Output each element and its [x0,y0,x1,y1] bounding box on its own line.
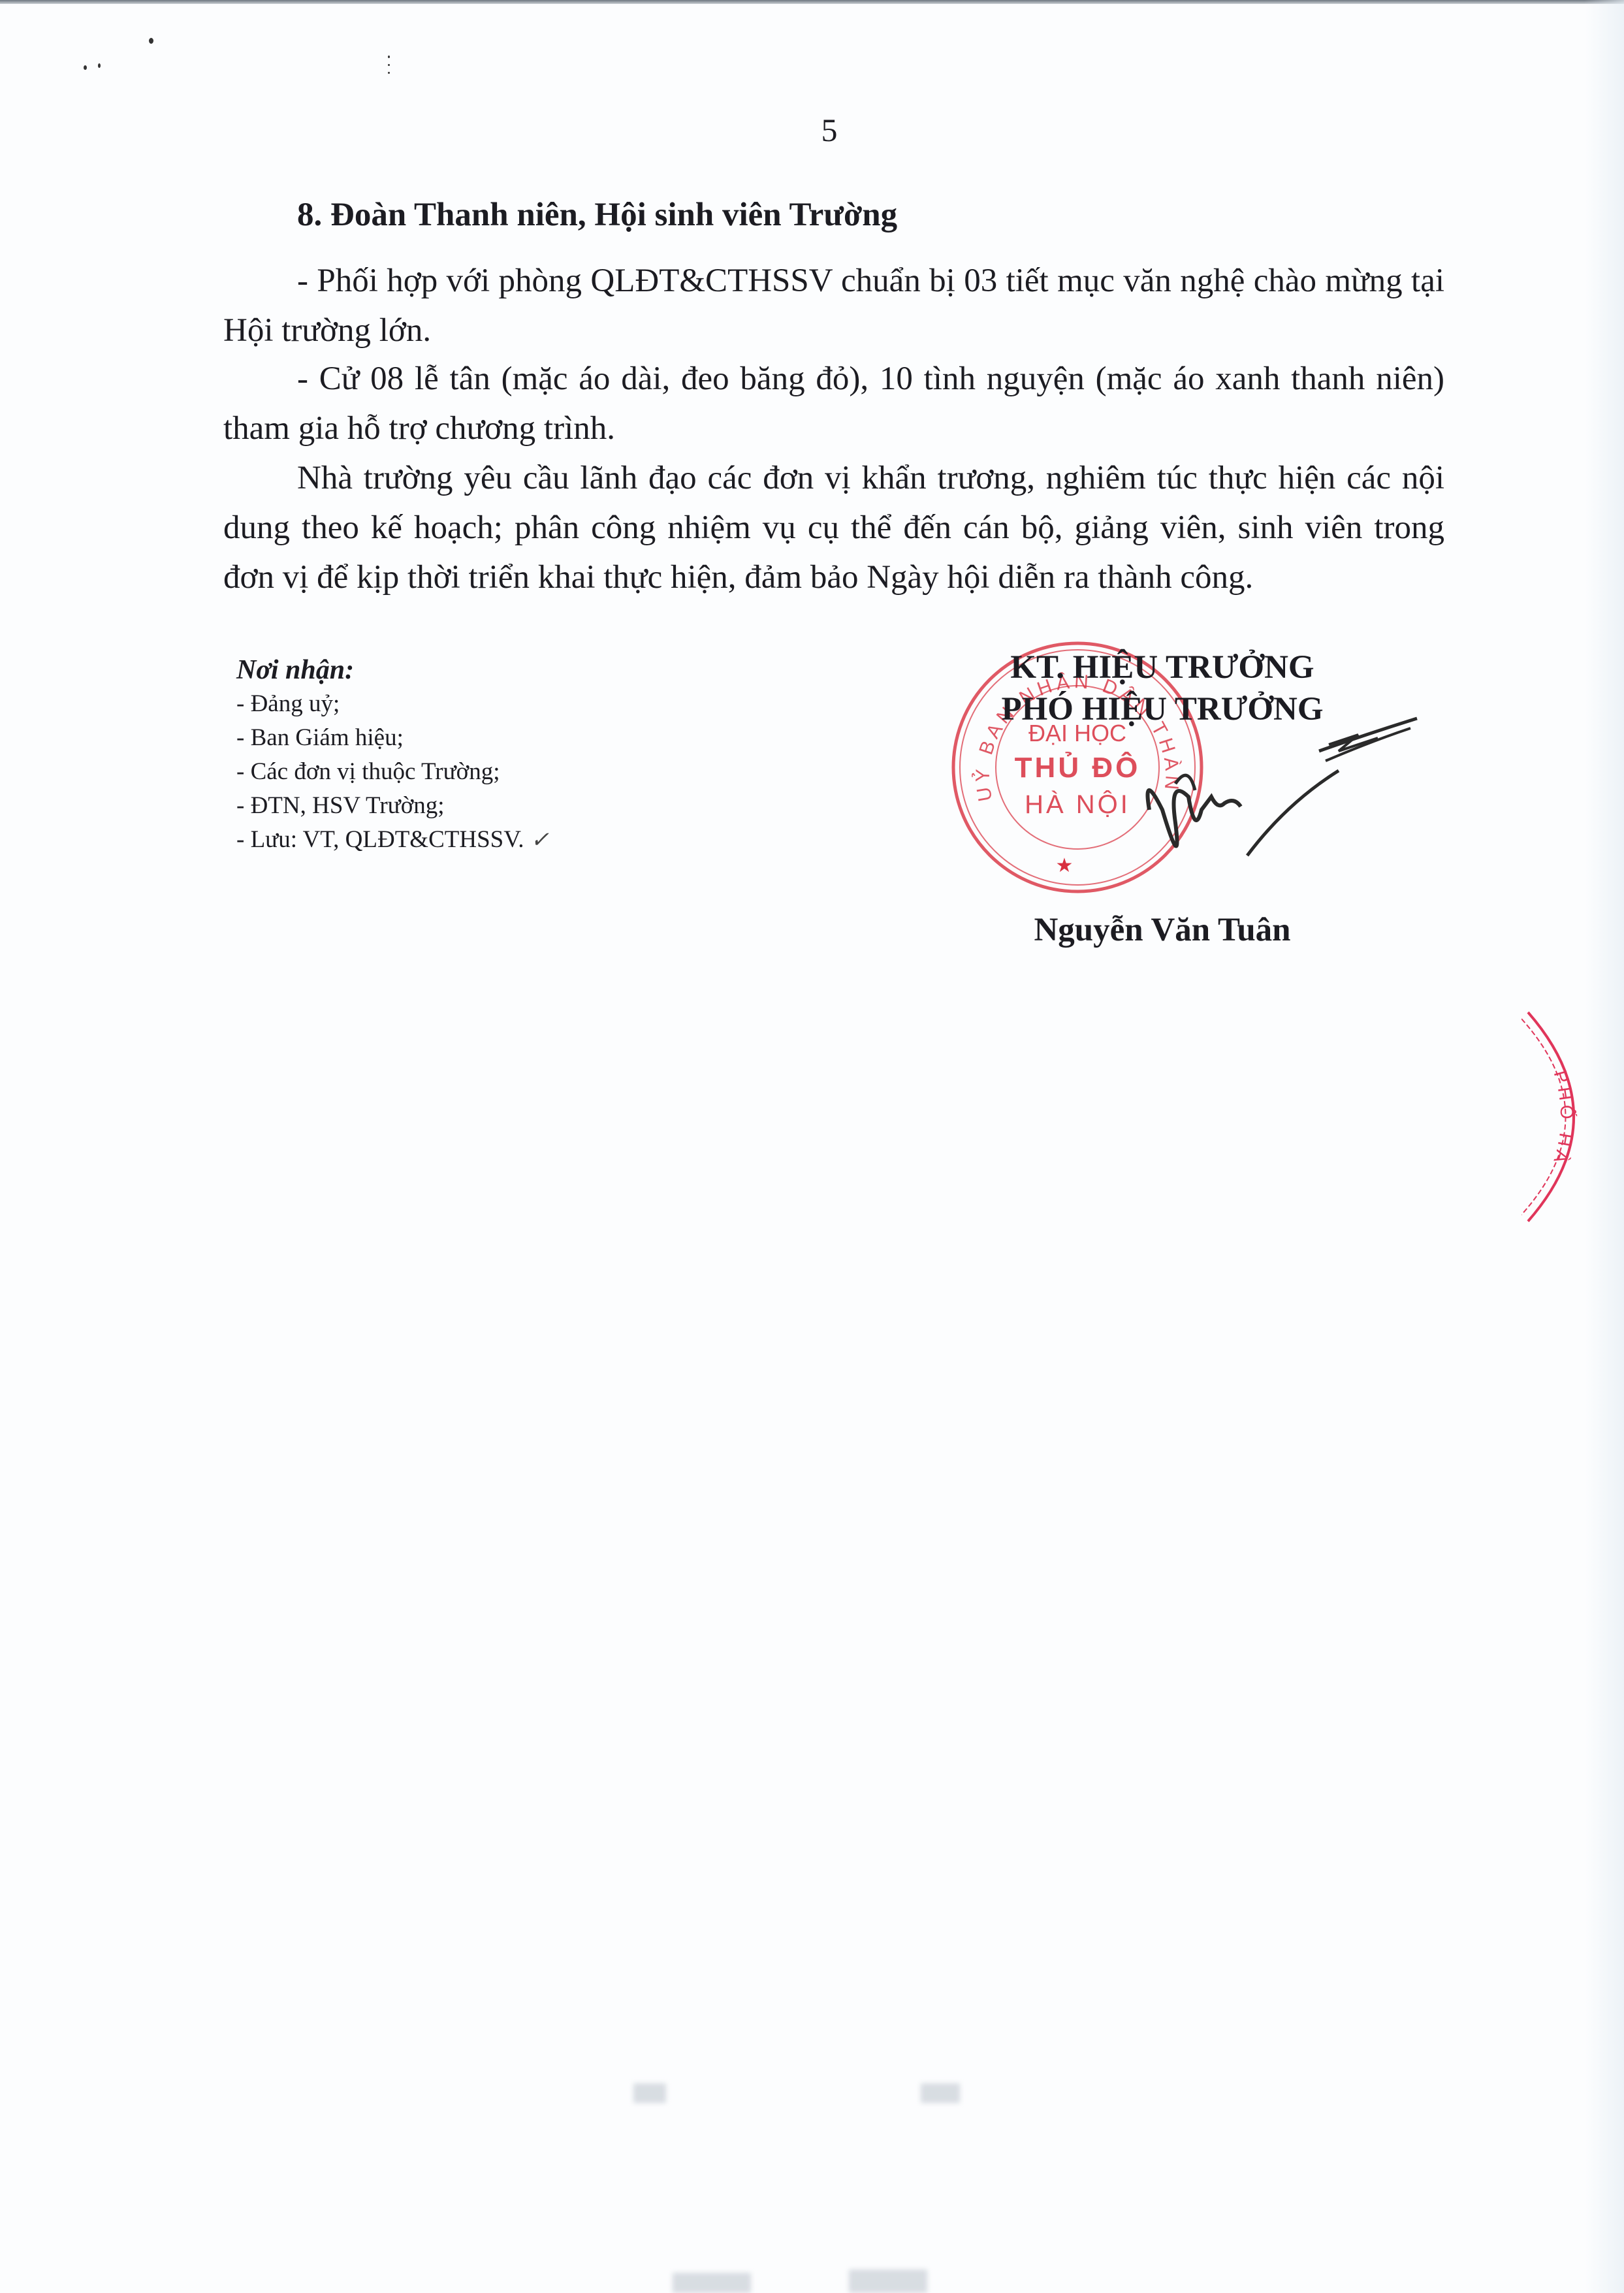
scan-smudge [673,2273,751,2293]
section-item: - Cử 08 lễ tân (mặc áo dài, đeo băng đỏ)… [223,354,1444,453]
closing-paragraph: Nhà trường yêu cầu lãnh đạo các đơn vị k… [223,453,1444,602]
recipient-item: - ĐTN, HSV Trường; [236,789,549,823]
page-number: 5 [816,111,842,149]
scan-smudge [633,2083,666,2103]
initials-mark-icon: ✓ [530,828,549,852]
scan-speck [98,63,101,68]
handwritten-signature-icon [1104,679,1430,888]
recipients-label: Nơi nhận: [236,653,549,687]
scan-speck [388,64,390,66]
scan-speck [84,65,87,70]
partial-seal-icon: PHỐ HÀ [1521,1006,1624,1228]
svg-text:★: ★ [1056,854,1074,877]
scan-smudge [849,2269,927,2293]
scan-speck [149,38,153,44]
scan-speck [388,56,390,58]
recipients-block: Nơi nhận: - Đảng uỷ; - Ban Giám hiệu; - … [236,653,549,858]
section-item: - Phối hợp với phòng QLĐT&CTHSSV chuẩn b… [223,256,1444,355]
recipient-item: - Ban Giám hiệu; [236,721,549,755]
signer-name: Nguyễn Văn Tuân [914,911,1410,949]
section-heading: 8. Đoàn Thanh niên, Hội sinh viên Trường [297,196,897,234]
recipient-item: - Các đơn vị thuộc Trường; [236,755,549,789]
recipient-item: - Đảng uỷ; [236,687,549,721]
scan-edge-top [0,0,1624,4]
recipient-item: - Lưu: VT, QLĐT&CTHSSV.✓ [236,823,549,858]
svg-text:PHỐ HÀ: PHỐ HÀ [1549,1068,1578,1169]
scan-speck [388,72,390,74]
scan-smudge [921,2083,960,2103]
